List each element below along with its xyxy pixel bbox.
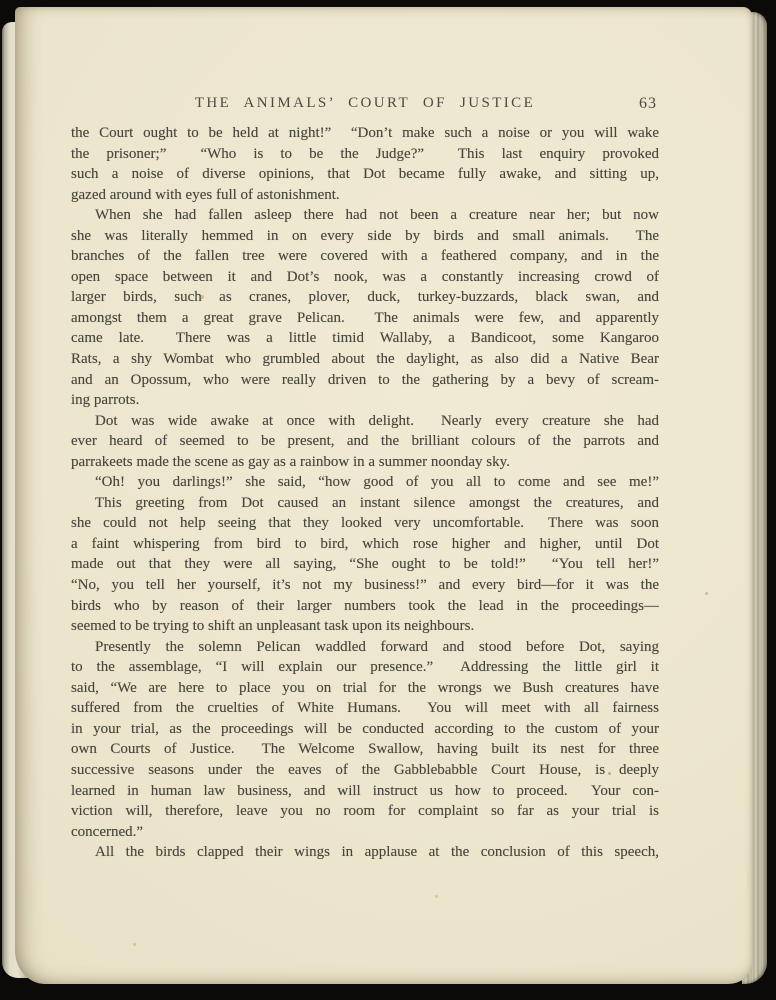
text-line: she could not help seeing that they look… <box>71 513 659 534</box>
paragraph: When she had fallen asleep there had not… <box>71 205 659 410</box>
text-line: All the birds clapped their wings in app… <box>71 842 659 863</box>
text-line: gazed around with eyes full of astonishm… <box>71 185 659 206</box>
text-line: the Court ought to be held at night!” “D… <box>71 123 659 144</box>
text-line: successive seasons under the eaves of th… <box>71 760 659 781</box>
text-line: in your trial, as the proceedings will b… <box>71 719 659 740</box>
text-line: viction will, therefore, leave you no ro… <box>71 801 659 822</box>
text-line: seemed to be trying to shift an unpleasa… <box>71 616 659 637</box>
text-line: the prisoner;” “Who is to be the Judge?”… <box>71 144 659 165</box>
text-line: Dot was wide awake at once with delight.… <box>71 411 659 432</box>
text-line: own Courts of Justice. The Welcome Swall… <box>71 739 659 760</box>
text-line: and an Opossum, who were really driven t… <box>71 370 659 391</box>
text-line: to the assemblage, “I will explain our p… <box>71 657 659 678</box>
text-line: made out that they were all saying, “She… <box>71 554 659 575</box>
text-line: learned in human law business, and will … <box>71 781 659 802</box>
text-line: a faint whispering from bird to bird, wh… <box>71 534 659 555</box>
text-line: amongst them a great grave Pelican. The … <box>71 308 659 329</box>
text-line: Presently the solemn Pelican waddled for… <box>71 637 659 658</box>
text-line: parrakeets made the scene as gay as a ra… <box>71 452 659 473</box>
text-line: such a noise of diverse opinions, that D… <box>71 164 659 185</box>
text-line: suffered from the cruelties of White Hum… <box>71 698 659 719</box>
text-block: the Court ought to be held at night!” “D… <box>71 123 659 863</box>
paragraph: Dot was wide awake at once with delight.… <box>71 411 659 473</box>
foxing-speck <box>133 943 136 946</box>
text-line: came late. There was a little timid Wall… <box>71 328 659 349</box>
book-scan: THE ANIMALS’ COURT OF JUSTICE 63 the Cou… <box>0 0 776 1000</box>
page-header: THE ANIMALS’ COURT OF JUSTICE 63 <box>71 95 659 115</box>
text-line: birds who by reason of their larger numb… <box>71 596 659 617</box>
book-page: THE ANIMALS’ COURT OF JUSTICE 63 the Cou… <box>15 7 752 984</box>
text-line: Rats, a shy Wombat who grumbled about th… <box>71 349 659 370</box>
text-line: ing parrots. <box>71 390 659 411</box>
running-title: THE ANIMALS’ COURT OF JUSTICE <box>71 95 659 112</box>
paragraph: the Court ought to be held at night!” “D… <box>71 123 659 205</box>
foxing-speck <box>435 895 438 898</box>
paragraph: This greeting from Dot caused an instant… <box>71 493 659 637</box>
text-line: she was literally hemmed in on every sid… <box>71 226 659 247</box>
text-line: ever heard of seemed to be present, and … <box>71 431 659 452</box>
text-line: concerned.” <box>71 822 659 843</box>
text-line: When she had fallen asleep there had not… <box>71 205 659 226</box>
foxing-speck <box>705 592 708 595</box>
text-line: said, “We are here to place you on trial… <box>71 678 659 699</box>
paragraph: All the birds clapped their wings in app… <box>71 842 659 863</box>
paragraph: Presently the solemn Pelican waddled for… <box>71 637 659 842</box>
page-number: 63 <box>639 95 657 113</box>
text-line: “Oh! you darlings!” she said, “how good … <box>71 472 659 493</box>
paragraph: “Oh! you darlings!” she said, “how good … <box>71 472 659 493</box>
text-line: This greeting from Dot caused an instant… <box>71 493 659 514</box>
text-line: open space between it and Dot’s nook, wa… <box>71 267 659 288</box>
text-line: larger birds, such as cranes, plover, du… <box>71 287 659 308</box>
text-line: “No, you tell her yourself, it’s not my … <box>71 575 659 596</box>
text-line: branches of the fallen tree were covered… <box>71 246 659 267</box>
